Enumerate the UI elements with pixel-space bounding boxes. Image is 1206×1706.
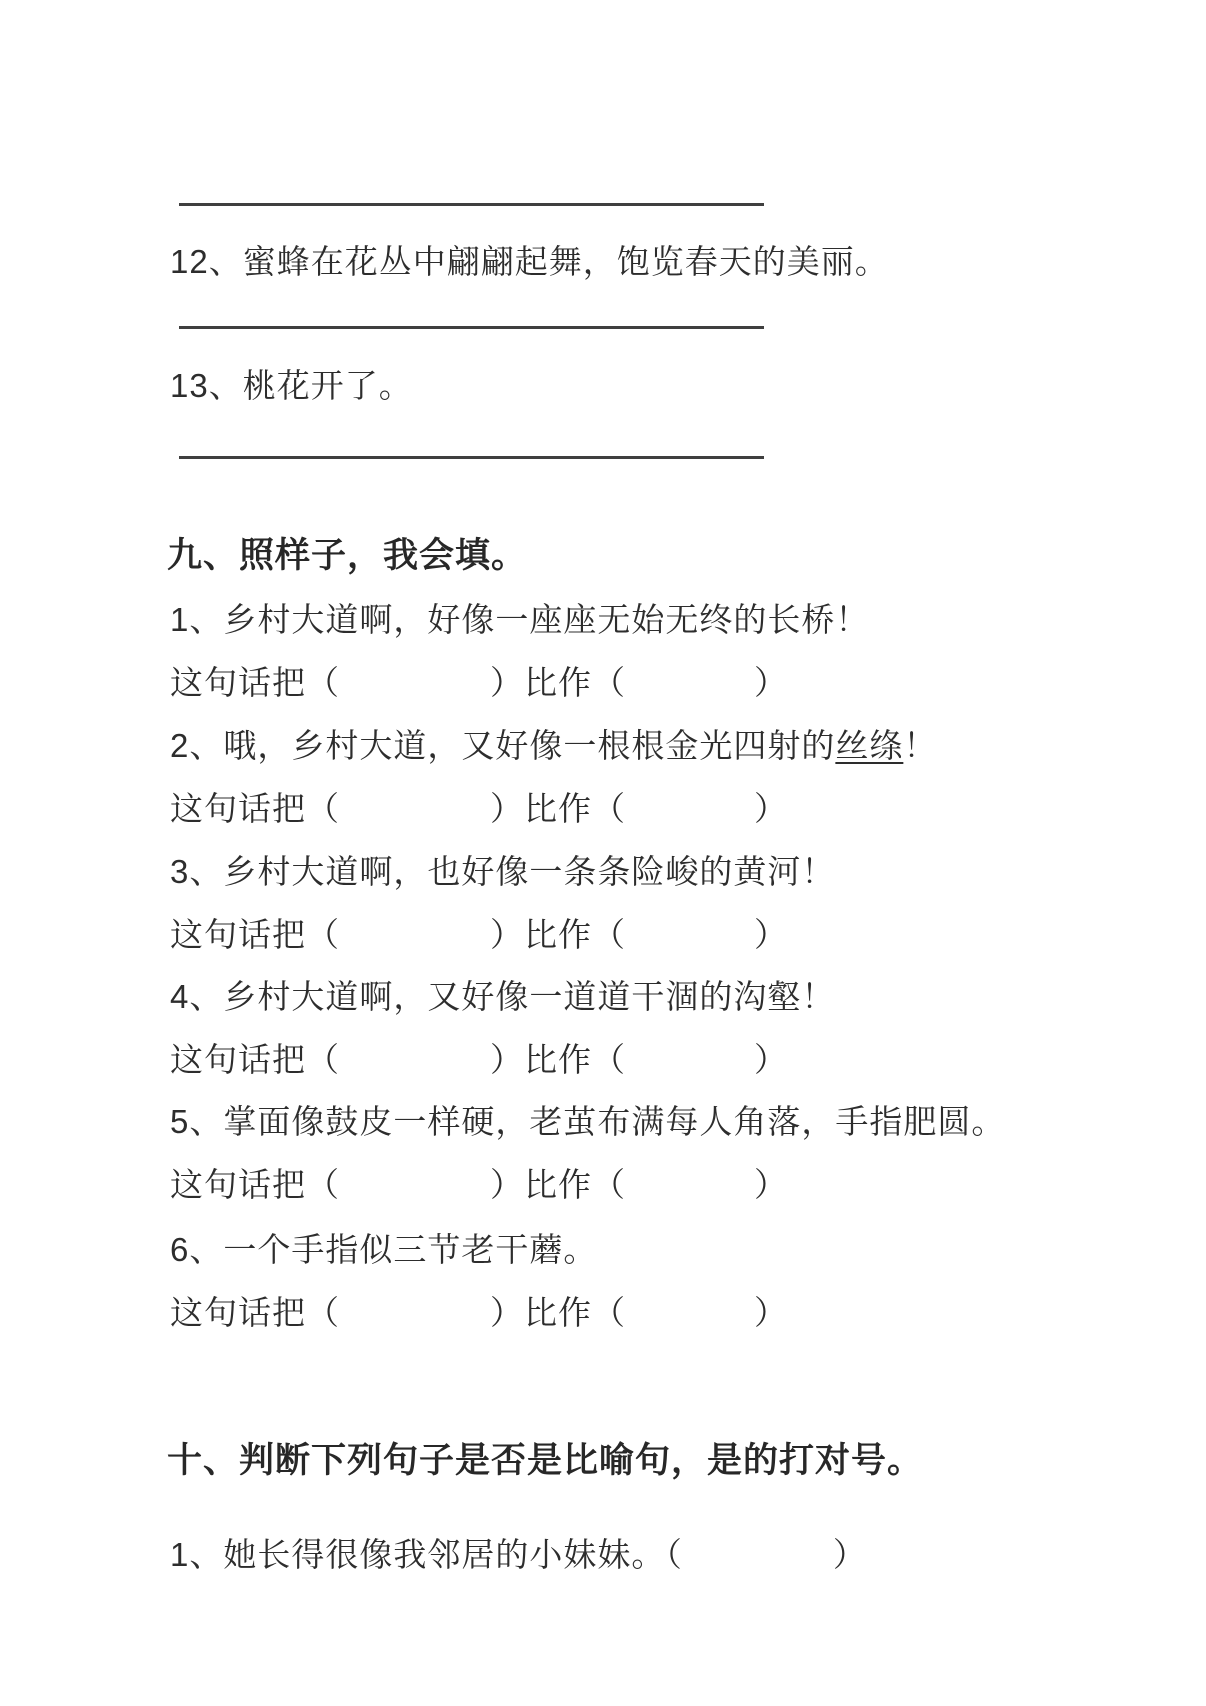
worksheet-page: 12、蜜蜂在花丛中翩翩起舞，饱览春天的美丽。 13、桃花开了。 九、照样子，我会… — [0, 0, 1206, 1706]
s9-fill-row-1: 这句话把（ ）比作（ ） — [170, 665, 788, 701]
s9-question-2-punctuation: ！ — [903, 727, 937, 764]
s9-fill-row-6: 这句话把（ ）比作（ ） — [170, 1295, 788, 1331]
fill-middle: ）比作（ — [490, 665, 626, 701]
fill-suffix: ） — [754, 665, 788, 701]
fill-middle: ）比作（ — [490, 1042, 626, 1078]
section-nine-title: 九、照样子，我会填。 — [167, 537, 527, 575]
answer-blank-line — [179, 203, 764, 206]
fill-suffix: ） — [754, 1295, 788, 1331]
fill-prefix: 这句话把（ — [170, 1042, 340, 1078]
s10-question-1-close-paren: ） — [833, 1537, 867, 1573]
fill-suffix: ） — [754, 1042, 788, 1078]
fill-prefix: 这句话把（ — [170, 1295, 340, 1331]
s9-fill-row-4: 这句话把（ ）比作（ ） — [170, 1042, 788, 1078]
s9-question-5: 5、掌面像鼓皮一样硬，老茧布满每人角落，手指肥圆。 — [170, 1104, 1005, 1140]
fill-middle: ）比作（ — [490, 917, 626, 953]
s9-question-3: 3、乡村大道啊，也好像一条条险峻的黄河！ — [170, 854, 835, 890]
s10-question-1: 1、她长得很像我邻居的小妹妹。（ ） — [170, 1537, 867, 1573]
s9-question-2: 2、哦，乡村大道，又好像一根根金光四射的丝绦！ — [170, 728, 937, 764]
fill-middle: ）比作（ — [490, 1295, 626, 1331]
answer-blank-line — [179, 456, 764, 459]
fill-middle: ）比作（ — [490, 791, 626, 827]
fill-prefix: 这句话把（ — [170, 665, 340, 701]
rewrite-item-13: 13、桃花开了。 — [170, 368, 413, 404]
s9-question-1: 1、乡村大道啊，好像一座座无始无终的长桥！ — [170, 602, 869, 638]
s9-question-4: 4、乡村大道啊，又好像一道道干涸的沟壑！ — [170, 979, 835, 1015]
rewrite-item-12: 12、蜜蜂在花丛中翩翩起舞，饱览春天的美丽。 — [170, 244, 889, 280]
section-ten-title: 十、判断下列句子是否是比喻句，是的打对号。 — [167, 1442, 923, 1480]
fill-middle: ）比作（ — [490, 1167, 626, 1203]
fill-prefix: 这句话把（ — [170, 917, 340, 953]
s9-question-2-underlined-word: 丝绦 — [835, 727, 903, 764]
fill-suffix: ） — [754, 1167, 788, 1203]
s9-fill-row-3: 这句话把（ ）比作（ ） — [170, 917, 788, 953]
fill-suffix: ） — [754, 917, 788, 953]
answer-blank-line — [179, 326, 764, 329]
s9-fill-row-5: 这句话把（ ）比作（ ） — [170, 1167, 788, 1203]
s9-question-6: 6、一个手指似三节老干蘑。 — [170, 1232, 597, 1268]
s10-question-1-text: 1、她长得很像我邻居的小妹妹。（ — [170, 1537, 683, 1573]
fill-prefix: 这句话把（ — [170, 791, 340, 827]
fill-suffix: ） — [754, 791, 788, 827]
s9-fill-row-2: 这句话把（ ）比作（ ） — [170, 791, 788, 827]
s9-question-2-text: 2、哦，乡村大道，又好像一根根金光四射的 — [170, 727, 835, 764]
fill-prefix: 这句话把（ — [170, 1167, 340, 1203]
